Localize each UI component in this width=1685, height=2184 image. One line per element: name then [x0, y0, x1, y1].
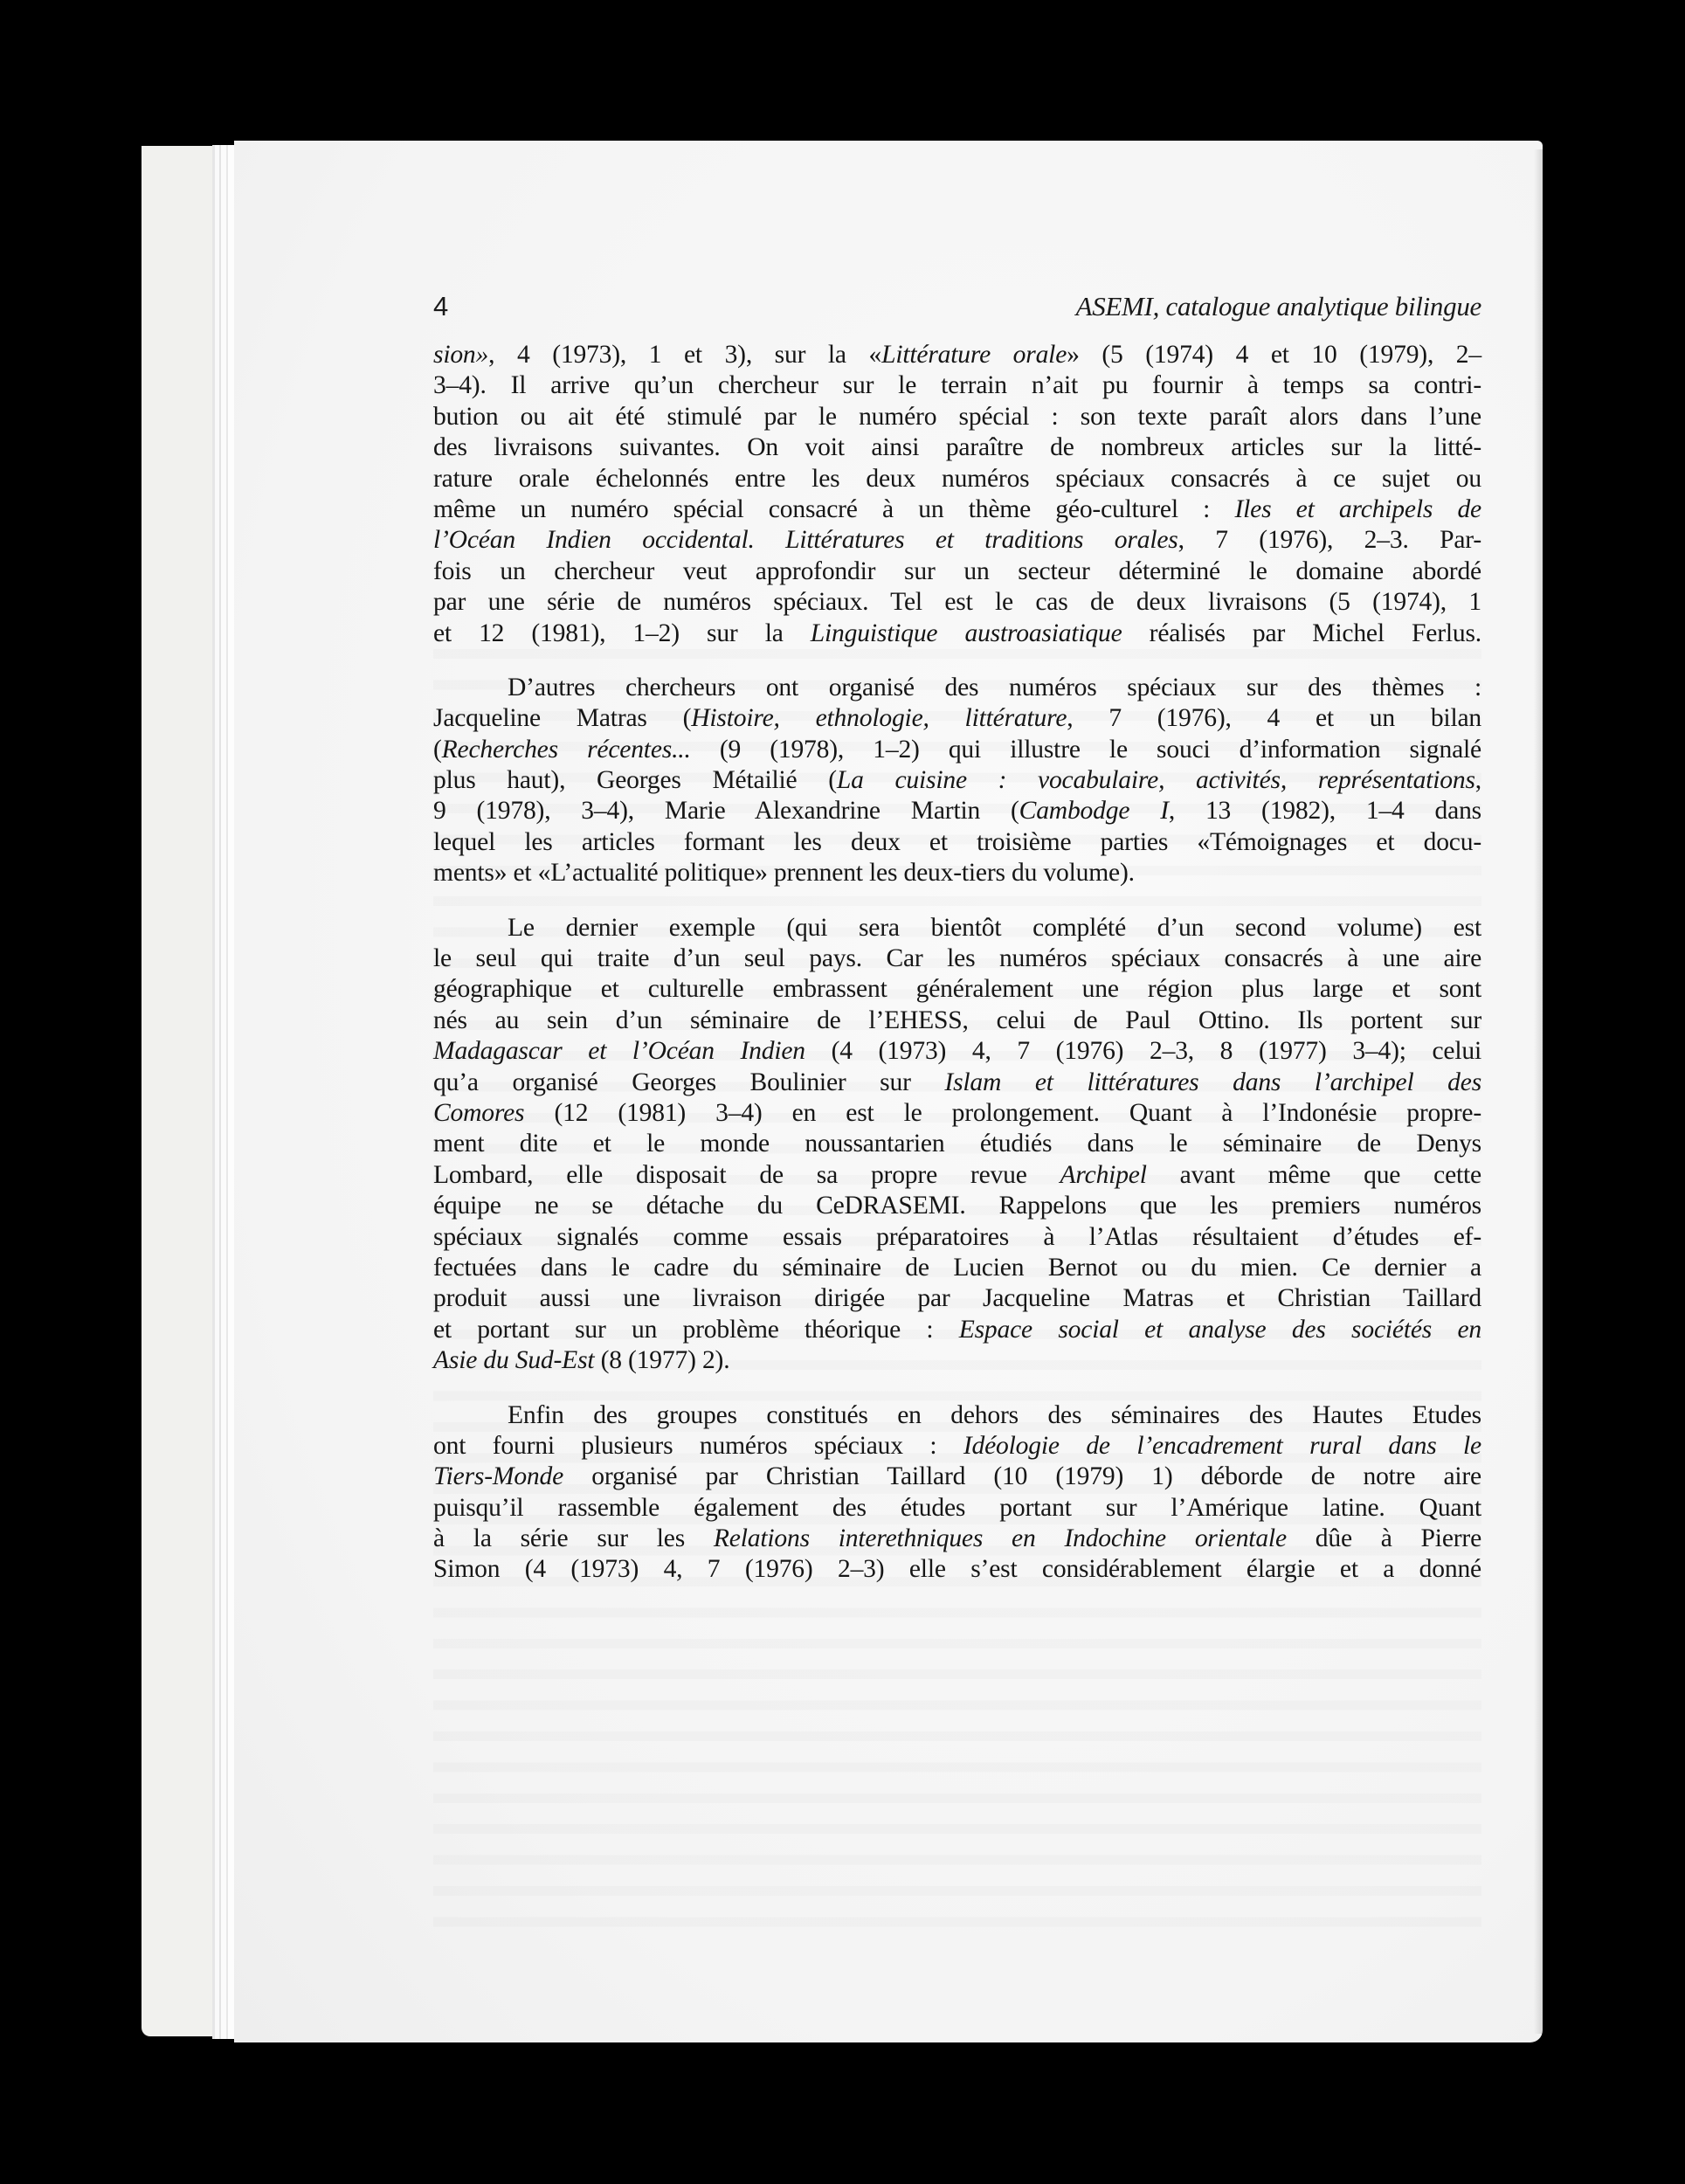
- text-run: organisé par Christian Taillard (10 (197…: [563, 1462, 1481, 1490]
- text-run: bution ou ait été stimulé par le numéro …: [433, 403, 1481, 431]
- text-run: qu’a organisé Georges Boulinier sur: [433, 1068, 944, 1096]
- text-run: D’autres chercheurs ont organisé des num…: [508, 674, 1481, 702]
- text-line: nés au sein d’un séminaire de l’EHESS, c…: [433, 1006, 1481, 1036]
- text-run: plus haut), Georges Métailié (: [433, 766, 837, 794]
- text-line: géographique et culturelle embrassent gé…: [433, 974, 1481, 1005]
- text-line: produit aussi une livraison dirigée par …: [433, 1283, 1481, 1314]
- italic-title-text: Cambodge I: [1019, 797, 1169, 825]
- italic-title-text: Recherches récentes...: [442, 736, 691, 764]
- italic-title-text: Islam et littératures dans l’archipel de…: [944, 1068, 1481, 1096]
- italic-title-text: Tiers-Monde: [433, 1462, 563, 1490]
- italic-title-text: Linguistique austroasiatique: [811, 619, 1122, 647]
- text-run: produit aussi une livraison dirigée par …: [433, 1284, 1481, 1312]
- text-run: avant même que cette: [1147, 1161, 1481, 1189]
- text-line: plus haut), Georges Métailié (La cuisine…: [433, 765, 1481, 796]
- text-run: (8 (1977) 2).: [594, 1346, 729, 1374]
- text-line: l’Océan Indien occidental. Littératures …: [433, 525, 1481, 556]
- text-run: des livraisons suivantes. On voit ainsi …: [433, 433, 1481, 461]
- italic-title-text: Relations interethniques en Indochine or…: [714, 1524, 1287, 1552]
- text-run: , 7 (1976), 4 et un bilan: [1067, 704, 1481, 732]
- text-line: ment dite et le monde noussantarien étud…: [433, 1129, 1481, 1159]
- text-line: des livraisons suivantes. On voit ainsi …: [433, 432, 1481, 463]
- text-line: Asie du Sud-Est (8 (1977) 2).: [433, 1345, 1481, 1376]
- italic-title-text: Idéologie de l’encadrement rural dans le: [963, 1432, 1481, 1460]
- text-run: puisqu’il rassemble également des études…: [433, 1494, 1481, 1522]
- text-run: ment dite et le monde noussantarien étud…: [433, 1130, 1481, 1158]
- text-line: fectuées dans le cadre du séminaire de L…: [433, 1253, 1481, 1283]
- text-run: ments» et «L’actualité politique» prenne…: [433, 859, 1135, 887]
- paragraph: sion», 4 (1973), 1 et 3), sur la «Littér…: [433, 340, 1481, 649]
- text-line: ont fourni plusieurs numéros spéciaux : …: [433, 1431, 1481, 1462]
- text-run: , 4 (1973), 1 et 3), sur la «: [488, 341, 881, 369]
- text-run: par une série de numéros spéciaux. Tel e…: [433, 588, 1481, 616]
- text-line: fois un chercheur veut approfondir sur u…: [433, 556, 1481, 587]
- text-run: fectuées dans le cadre du séminaire de L…: [433, 1254, 1481, 1282]
- text-line: D’autres chercheurs ont organisé des num…: [433, 673, 1481, 703]
- text-run: et 12 (1981), 1–2) sur la: [433, 619, 811, 647]
- page-number: 4: [433, 287, 448, 326]
- italic-title-text: sion»: [433, 341, 488, 369]
- italic-title-text: l’Océan Indien occidental. Littératures …: [433, 526, 1178, 554]
- text-run: Jacqueline Matras (: [433, 704, 691, 732]
- text-run: et portant sur un problème théorique :: [433, 1316, 959, 1344]
- text-run: spéciaux signalés comme essais préparato…: [433, 1223, 1481, 1251]
- paragraph: D’autres chercheurs ont organisé des num…: [433, 673, 1481, 889]
- text-run: ,: [1475, 766, 1481, 794]
- text-run: (9 (1978), 1–2) qui illustre le souci d’…: [691, 736, 1481, 764]
- text-line: sion», 4 (1973), 1 et 3), sur la «Littér…: [433, 340, 1481, 370]
- text-run: nés au sein d’un séminaire de l’EHESS, c…: [433, 1006, 1481, 1034]
- text-line: 3–4). Il arrive qu’un chercheur sur le t…: [433, 370, 1481, 401]
- text-line: par une série de numéros spéciaux. Tel e…: [433, 587, 1481, 618]
- page-header: 4 ASEMI, catalogue analytique bilingue: [433, 287, 1481, 326]
- text-line: Lombard, elle disposait de sa propre rev…: [433, 1160, 1481, 1191]
- text-run: Lombard, elle disposait de sa propre rev…: [433, 1161, 1060, 1189]
- body-text: sion», 4 (1973), 1 et 3), sur la «Littér…: [433, 340, 1481, 1586]
- text-run: le seul qui traite d’un seul pays. Car l…: [433, 944, 1481, 972]
- text-line: même un numéro spécial consacré à un thè…: [433, 494, 1481, 525]
- text-line: puisqu’il rassemble également des études…: [433, 1493, 1481, 1524]
- italic-title-text: La cuisine : vocabulaire, activités, rep…: [837, 766, 1475, 794]
- text-run: » (5 (1974) 4 et 10 (1979), 2–: [1067, 341, 1481, 369]
- text-line: Comores (12 (1981) 3–4) en est le prolon…: [433, 1098, 1481, 1129]
- text-line: qu’a organisé Georges Boulinier sur Isla…: [433, 1068, 1481, 1098]
- text-run: 3–4). Il arrive qu’un chercheur sur le t…: [433, 371, 1481, 399]
- text-line: Tiers-Monde organisé par Christian Taill…: [433, 1462, 1481, 1492]
- text-line: le seul qui traite d’un seul pays. Car l…: [433, 943, 1481, 974]
- text-run: (: [433, 736, 442, 764]
- text-run: Enfin des groupes constitués en dehors d…: [508, 1401, 1481, 1429]
- text-line: lequel les articles formant les deux et …: [433, 827, 1481, 858]
- italic-title-text: Archipel: [1060, 1161, 1147, 1189]
- italic-title-text: Iles et archipels de: [1234, 495, 1481, 523]
- running-title: ASEMI, catalogue analytique bilingue: [1076, 287, 1481, 326]
- italic-title-text: Espace social et analyse des sociétés en: [959, 1316, 1481, 1344]
- page-edge-shadow: [1534, 149, 1543, 2034]
- text-line: et 12 (1981), 1–2) sur la Linguistique a…: [433, 619, 1481, 649]
- text-line: spéciaux signalés comme essais préparato…: [433, 1222, 1481, 1253]
- page-stack-edge: [212, 145, 237, 2039]
- text-run: à la série sur les: [433, 1524, 714, 1552]
- text-run: , 13 (1982), 1–4 dans: [1169, 797, 1481, 825]
- text-line: rature orale échelonnés entre les deux n…: [433, 464, 1481, 494]
- text-run: dûe à Pierre: [1287, 1524, 1481, 1552]
- text-run: Le dernier exemple (qui sera bientôt com…: [508, 914, 1481, 942]
- text-run: rature orale échelonnés entre les deux n…: [433, 465, 1481, 493]
- text-run: 9 (1978), 3–4), Marie Alexandrine Martin…: [433, 797, 1019, 825]
- text-line: 9 (1978), 3–4), Marie Alexandrine Martin…: [433, 796, 1481, 826]
- text-run: (12 (1981) 3–4) en est le prolongement. …: [524, 1099, 1481, 1127]
- text-run: , 7 (1976), 2–3. Par-: [1178, 526, 1481, 554]
- text-run: équipe ne se détache du CeDRASEMI. Rappe…: [433, 1192, 1481, 1220]
- text-line: Madagascar et l’Océan Indien (4 (1973) 4…: [433, 1036, 1481, 1067]
- italic-title-text: Histoire, ethnologie, littérature: [691, 704, 1067, 732]
- paragraph: Enfin des groupes constitués en dehors d…: [433, 1400, 1481, 1586]
- text-run: (4 (1973) 4, 7 (1976) 2–3, 8 (1977) 3–4)…: [805, 1037, 1481, 1065]
- text-line: Jacqueline Matras (Histoire, ethnologie,…: [433, 703, 1481, 734]
- text-line: à la série sur les Relations interethniq…: [433, 1524, 1481, 1554]
- paragraph: Le dernier exemple (qui sera bientôt com…: [433, 913, 1481, 1377]
- text-run: réalisés par Michel Ferlus.: [1122, 619, 1481, 647]
- text-run: fois un chercheur veut approfondir sur u…: [433, 557, 1481, 585]
- text-line: et portant sur un problème théorique : E…: [433, 1315, 1481, 1345]
- text-run: ont fourni plusieurs numéros spéciaux :: [433, 1432, 963, 1460]
- text-run: même un numéro spécial consacré à un thè…: [433, 495, 1234, 523]
- italic-title-text: Comores: [433, 1099, 524, 1127]
- text-line: équipe ne se détache du CeDRASEMI. Rappe…: [433, 1191, 1481, 1221]
- text-line: (Recherches récentes... (9 (1978), 1–2) …: [433, 735, 1481, 765]
- text-line: Simon (4 (1973) 4, 7 (1976) 2–3) elle s’…: [433, 1554, 1481, 1585]
- book-page: 4 ASEMI, catalogue analytique bilingue s…: [234, 141, 1543, 2042]
- text-run: géographique et culturelle embrassent gé…: [433, 975, 1481, 1003]
- text-run: Simon (4 (1973) 4, 7 (1976) 2–3) elle s’…: [433, 1555, 1481, 1583]
- text-run: lequel les articles formant les deux et …: [433, 828, 1481, 856]
- text-line: ments» et «L’actualité politique» prenne…: [433, 858, 1481, 888]
- text-line: Le dernier exemple (qui sera bientôt com…: [433, 913, 1481, 943]
- italic-title-text: Madagascar et l’Océan Indien: [433, 1037, 805, 1065]
- italic-title-text: Asie du Sud-Est: [433, 1346, 594, 1374]
- italic-title-text: Littérature orale: [881, 341, 1067, 369]
- text-line: bution ou ait été stimulé par le numéro …: [433, 402, 1481, 432]
- text-line: Enfin des groupes constitués en dehors d…: [433, 1400, 1481, 1431]
